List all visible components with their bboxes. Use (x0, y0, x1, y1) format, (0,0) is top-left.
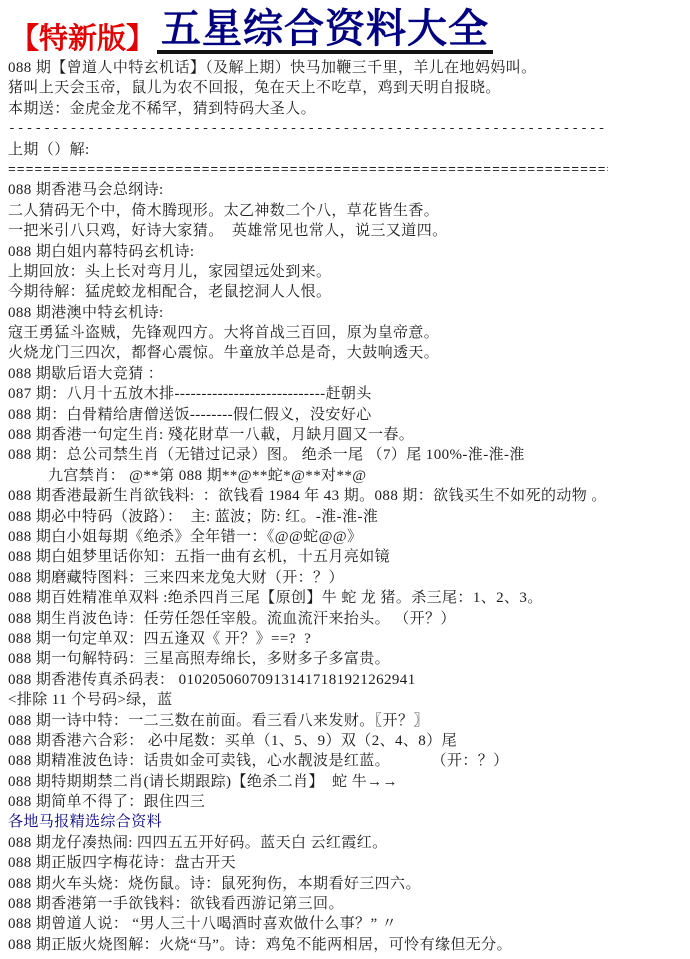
report-line: 本期送：金虎金龙不稀罕，猜到特码大圣人。 (8, 99, 690, 119)
report-line: 猪叫上天会玉帝，鼠儿为农不回报，兔在天上不吃草，鸡到天明自报晓。 (8, 78, 690, 98)
report-line: 088 期一句解特码：三星高照寿绵长，多财多子多富贵。 (8, 649, 690, 669)
report-line: 088 期磨藏特图料：三来四来龙兔大财（开：？） (8, 568, 690, 588)
edition-badge: 【特新版】 (10, 25, 155, 54)
report-line: 088 期火车头烧：烧伤鼠。诗：鼠死狗伤，本期看好三四六。 (8, 874, 690, 894)
report-line: 088 期龙仔凑热闹: 四四五五开好码。蓝天白 云红霞红。 (8, 833, 690, 853)
page-header: 【特新版】 五星综合资料大全 (0, 0, 690, 55)
report-line: 088 期香港传真杀码表： 01020506070913141718192126… (8, 670, 690, 690)
report-line: 二人猜码无个中，倚木腾现形。太乙神数二个八，草花皆生香。 (8, 201, 690, 221)
tip-sheet-page: { "page": { "edition_badge": "【特新版】", "t… (0, 0, 690, 959)
page-title: 五星综合资料大全 (157, 10, 493, 54)
report-line: 一把米引八只鸡，好诗大家猜。 英雄常见也常人，说三又道四。 (8, 221, 690, 241)
report-line: 088 期正版火烧图解：火烧“马”。诗：鸡兔不能两相居，可怜有缘但无分。 (8, 935, 690, 955)
report-line: 088 期香港一句定生肖: 殘花財草一八載，月缺月圓又一春。 (8, 425, 690, 445)
report-line: 088 期特期期禁二肖(请长期跟踪)【绝杀二肖】 蛇 牛→→ (8, 772, 690, 792)
report-line: 088 期：白骨精给唐僧送饭--------假仁假义，没安好心 (8, 405, 690, 425)
report-line: 087 期：八月十五放木排---------------------------… (8, 384, 690, 404)
report-line: 088 期曾道人说： “男人三十八喝酒时喜欢做什么事？” 〃 (8, 914, 690, 934)
report-line: 088 期：总公司禁生肖（无错过记录）图。 绝杀一尾 （7）尾 100%-淮-淮… (8, 445, 690, 465)
report-line: 九宫禁肖： @**第 088 期**@**蛇*@**对**@ (8, 466, 690, 486)
report-line: 088 期生肖波色诗：任劳任怨任宰般。流血流汗来抬头。 （开？） (8, 609, 690, 629)
report-line: 各地马报精选综合资料 (8, 812, 690, 832)
report-line: <排除 11 个号码>绿，蓝 (8, 690, 690, 710)
report-line: 088 期香港最新生肖欲钱料: ：欲钱看 1984 年 43 期。088 期：欲… (8, 486, 690, 506)
separator-line: ----------------------------------------… (8, 119, 608, 139)
report-line: 088 期简单不得了：跟住四三 (8, 792, 690, 812)
report-line: 088 期港澳中特玄机诗: (8, 303, 690, 323)
report-line: 寇王勇猛斗盗贼，先锋观四方。大将首战三百回，原为皇帝意。 (8, 323, 690, 343)
report-line: 088 期一句定单双：四五逢双《 开？》==? ? (8, 629, 690, 649)
report-lines: 088 期【曾道人中特玄机话】（及解上期）快马加鞭三千里，羊儿在地妈妈叫。猪叫上… (0, 55, 690, 955)
report-line: 088 期正版四字梅花诗：盘古开天 (8, 853, 690, 873)
report-line: 088 期白姐内幕特码玄机诗: (8, 242, 690, 262)
report-line: 088 期歇后语大竞猜 ： (8, 364, 690, 384)
report-line: 088 期【曾道人中特玄机话】（及解上期）快马加鞭三千里，羊儿在地妈妈叫。 (8, 58, 690, 78)
report-line: 火烧龙门三四次，都督心震惊。牛童放羊总是奇，大鼓响透天。 (8, 343, 690, 363)
report-line: 今期待解：猛虎蛟龙相配合，老鼠挖洞人人恨。 (8, 282, 690, 302)
report-line: 088 期必中特码（波路）： 主: 蓝波；防: 红。-淮-淮-淮 (8, 507, 690, 527)
report-line: 088 期精准波色诗：话贵如金可卖钱，心水靓波是红蓝。 （开：？） (8, 751, 690, 771)
separator-line: ========================================… (8, 160, 608, 180)
report-line: 088 期白小姐每期《绝杀》全年错一：《@@蛇@@》 (8, 527, 690, 547)
report-line: 088 期香港马会总纲诗: (8, 180, 690, 200)
report-line: 上期（）解: (8, 140, 690, 160)
report-line: 088 期香港第一手欲钱料：欲钱看西游记第三回。 (8, 894, 690, 914)
report-line: 上期回放：头上长对弯月儿，家园望远处到来。 (8, 262, 690, 282)
report-line: 088 期白姐梦里话你知：五指一曲有玄机，十五月亮如镜 (8, 547, 690, 567)
report-line: 088 期百姓精准单双料 :绝杀四肖三尾【原创】牛 蛇 龙 猪。杀三尾：1、2、… (8, 588, 690, 608)
report-line: 088 期一诗中特：一二三数在前面。看三看八来发财。〖开？〗 (8, 711, 690, 731)
report-line: 088 期香港六合彩： 必中尾数：买单（1、5、9）双（2、4、8）尾 (8, 731, 690, 751)
